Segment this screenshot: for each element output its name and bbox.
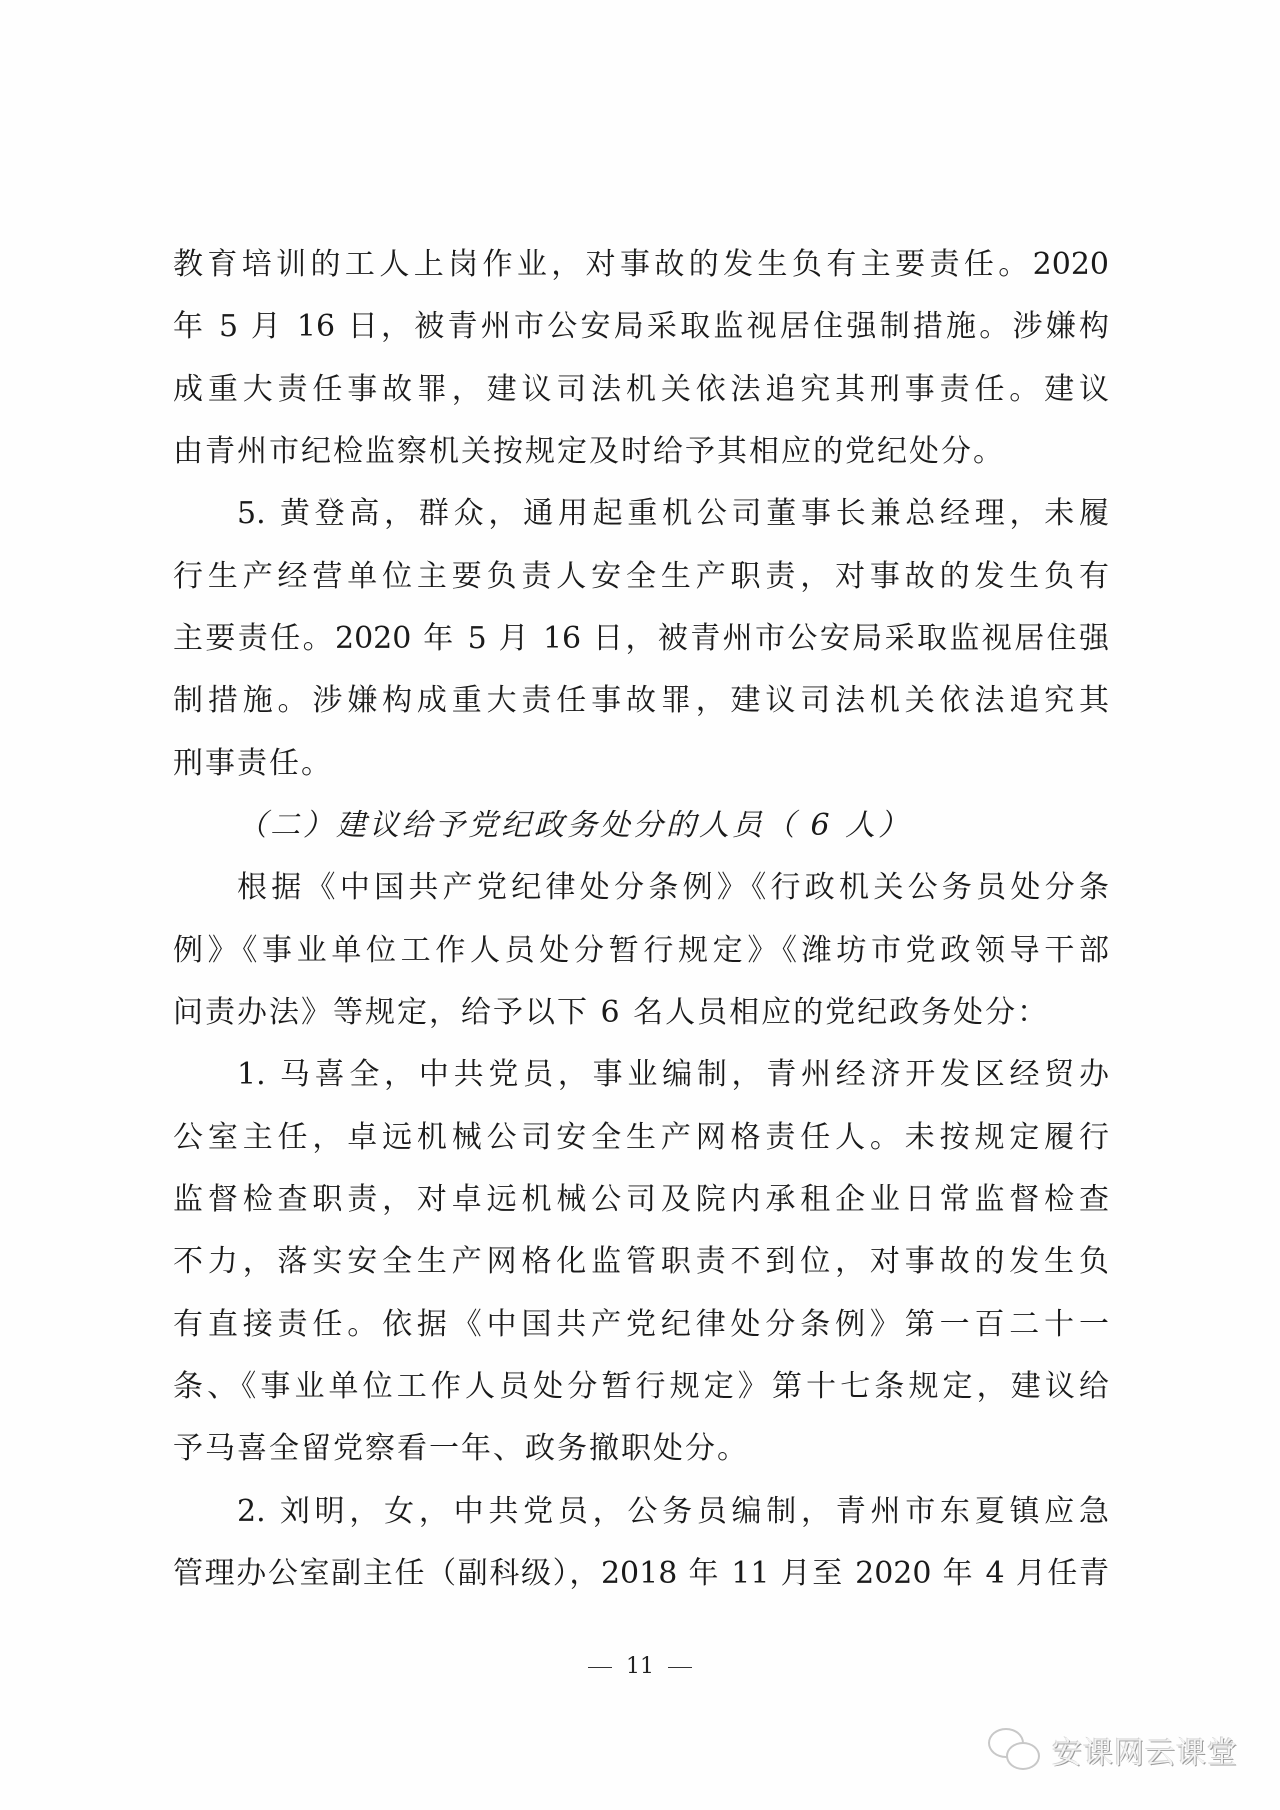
- text-line: 公室主任，卓远机械公司安全生产网格责任人。未按规定履行: [173, 1118, 1109, 1158]
- text-line: 行生产经营单位主要负责人安全生产职责，对事故的发生负有: [173, 557, 1109, 597]
- text-line: 教育培训的工人上岗作业，对事故的发生负有主要责任。2020: [173, 245, 1109, 285]
- watermark-text: 安课网云课堂: [1052, 1728, 1238, 1772]
- text-line: 不力，落实安全生产网格化监管职责不到位，对事故的发生负: [173, 1242, 1109, 1282]
- text-line: 由青州市纪检监察机关按规定及时给予其相应的党纪处分。: [173, 432, 1109, 472]
- paragraph-item-2-start: 2. 刘明，女，中共党员，公务员编制，青州市东夏镇应急: [237, 1492, 1109, 1532]
- watermark: 安课网云课堂: [988, 1728, 1238, 1772]
- paragraph-start: 根据《中国共产党纪律处分条例》《行政机关公务员处分条: [237, 868, 1109, 908]
- page-number-value: 11: [626, 1654, 654, 1679]
- text-line: 年 5 月 16 日，被青州市公安局采取监视居住强制措施。涉嫌构: [173, 307, 1109, 347]
- text-line: 制措施。涉嫌构成重大责任事故罪，建议司法机关依法追究其: [173, 681, 1109, 721]
- text-line: 管理办公室副主任（副科级），2018 年 11 月至 2020 年 4 月任青: [173, 1554, 1109, 1594]
- text-line: 予马喜全留党察看一年、政务撤职处分。: [173, 1429, 1109, 1469]
- dash-left: [588, 1667, 612, 1668]
- text-line: 问责办法》等规定，给予以下 6 名人员相应的党纪政务处分：: [173, 993, 1109, 1033]
- text-line: 主要责任。2020 年 5 月 16 日，被青州市公安局采取监视居住强: [173, 619, 1109, 659]
- wechat-icon: [988, 1728, 1042, 1772]
- section-heading: （二）建议给予党纪政务处分的人员（ 6 人）: [237, 806, 1109, 846]
- text-line: 监督检查职责，对卓远机械公司及院内承租企业日常监督检查: [173, 1180, 1109, 1220]
- document-page: 教育培训的工人上岗作业，对事故的发生负有主要责任。2020 年 5 月 16 日…: [0, 0, 1280, 1810]
- dash-right: [668, 1667, 692, 1668]
- text-line: 成重大责任事故罪，建议司法机关依法追究其刑事责任。建议: [173, 370, 1109, 410]
- text-line: 例》《事业单位工作人员处分暂行规定》《潍坊市党政领导干部: [173, 931, 1109, 971]
- paragraph-item-5-start: 5. 黄登高，群众，通用起重机公司董事长兼总经理，未履: [237, 494, 1109, 534]
- page-number: 11: [0, 1650, 1280, 1684]
- text-line: 条、《事业单位工作人员处分暂行规定》第十七条规定，建议给: [173, 1367, 1109, 1407]
- paragraph-item-1-start: 1. 马喜全，中共党员，事业编制，青州经济开发区经贸办: [237, 1055, 1109, 1095]
- text-line: 刑事责任。: [173, 744, 1109, 784]
- text-line: 有直接责任。依据《中国共产党纪律处分条例》第一百二十一: [173, 1305, 1109, 1345]
